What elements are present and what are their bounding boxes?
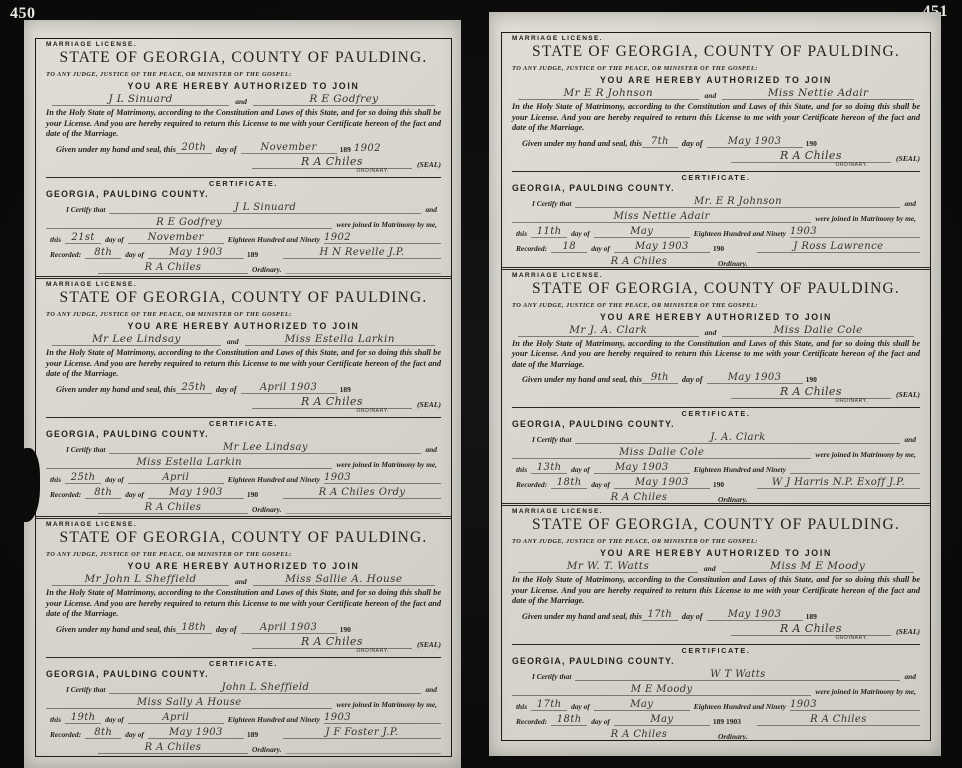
- groom-name-handwritten: Mr J. A. Clark: [518, 324, 699, 337]
- ordinary-row: R A Chiles Ordinary.: [512, 729, 920, 740]
- eighteen-hundred-label: Eighteen Hundred and Ninety: [690, 229, 790, 238]
- recorded-row: Recorded: 8th day of May 1903 190 R A Ch…: [46, 487, 441, 499]
- marriage-license-label: MARRIAGE LICENSE.: [46, 41, 441, 48]
- given-prefix: Given under my hand and seal, this: [56, 625, 176, 634]
- cert-bride-handwritten: Miss Estella Larkin: [46, 457, 332, 469]
- and-label: and: [900, 672, 920, 681]
- day-of-label: day of: [212, 625, 241, 634]
- recorded-label: Recorded:: [46, 730, 85, 739]
- license-day-handwritten: 9th: [642, 372, 678, 384]
- joined-suffix: were joined in Matrimony by me,: [811, 214, 920, 223]
- ordinary-signature-handwritten: R A Chiles: [564, 256, 714, 267]
- recorded-month-handwritten: May 1903: [614, 477, 710, 489]
- marriage-day-handwritten: 21st: [65, 232, 101, 244]
- marriage-day-handwritten: 19th: [65, 712, 101, 724]
- bride-name-handwritten: Miss Estella Larkin: [245, 333, 435, 346]
- eighteen-hundred-label: Eighteen Hundred and Ninety: [224, 715, 324, 724]
- ordinary-row: R A Chiles Ordinary.: [512, 256, 920, 267]
- eighteen-hundred-label: Eighteen Hundred and Ninety: [224, 235, 324, 244]
- license-day-handwritten: 20th: [176, 142, 212, 154]
- day-of-label: day of: [587, 244, 614, 253]
- marriage-record: MARRIAGE LICENSE. STATE OF GEORGIA, COUN…: [36, 39, 451, 276]
- given-prefix: Given under my hand and seal, this: [56, 145, 176, 154]
- printed-year-prefix: 190: [806, 139, 817, 148]
- joined-suffix: were joined in Matrimony by me,: [332, 700, 441, 709]
- license-body-paragraph: In the Holy State of Matrimony, accordin…: [46, 588, 441, 620]
- bride-name-handwritten: Miss Nettie Adair: [722, 87, 914, 100]
- marriage-month-handwritten: April: [128, 472, 224, 484]
- cert-groom-handwritten: J. A. Clark: [575, 432, 900, 444]
- marriage-day-handwritten: 25th: [65, 472, 101, 484]
- marriage-record: MARRIAGE LICENSE. STATE OF GEORGIA, COUN…: [36, 276, 451, 516]
- recorded-month-handwritten: May 1903: [148, 727, 244, 739]
- ordinary-small-label: ORDINARY.: [46, 649, 389, 654]
- certificate-heading: CERTIFICATE.: [512, 173, 920, 182]
- this-label: this: [512, 229, 531, 238]
- marriage-month-handwritten: April: [128, 712, 224, 724]
- cert-bride-handwritten: Miss Dalie Cole: [512, 447, 811, 459]
- cert-groom-handwritten: Mr. E R Johnson: [575, 196, 900, 208]
- given-under-hand-row: Given under my hand and seal, this 9th d…: [512, 372, 920, 384]
- bride-name-handwritten: Miss Dalie Cole: [722, 324, 914, 337]
- recorded-month-handwritten: May 1903: [614, 241, 710, 253]
- cert-groom-handwritten: Mr Lee Lindsay: [109, 442, 421, 454]
- marriage-month-handwritten: May 1903: [594, 462, 690, 474]
- ordinary-signature-handwritten: R A Chiles: [252, 155, 412, 169]
- recorded-printed-year: 189: [247, 730, 258, 739]
- certify-prefix: I Certify that: [528, 672, 575, 681]
- certify-bride-row: Miss Nettie Adair were joined in Matrimo…: [512, 211, 920, 223]
- seal-label: (SEAL): [896, 627, 920, 636]
- and-label: and: [705, 91, 717, 100]
- recorded-label: Recorded:: [512, 244, 551, 253]
- ordinary-label: Ordinary.: [714, 259, 752, 267]
- groom-name-handwritten: J L Sinuard: [52, 93, 229, 106]
- day-of-label: day of: [121, 730, 148, 739]
- scan-background: 450 451 MARRIAGE LICENSE. STATE OF GEORG…: [0, 0, 962, 768]
- ordinary-signature-handwritten: R A Chiles: [731, 622, 891, 636]
- book-page-right: MARRIAGE LICENSE. STATE OF GEORGIA, COUN…: [489, 12, 941, 756]
- certify-groom-row: I Certify that Mr Lee Lindsay and: [62, 442, 441, 454]
- license-month-handwritten: November: [241, 142, 337, 154]
- license-day-handwritten: 7th: [642, 136, 678, 148]
- ordinary-signature-row: R A Chiles (SEAL): [512, 385, 920, 399]
- marriage-date-row: this 17th day of May Eighteen Hundred an…: [512, 699, 920, 711]
- recorded-printed-year: 189: [247, 250, 258, 259]
- printed-year-prefix: 189: [340, 385, 351, 394]
- certificate-section: CERTIFICATE. GEORGIA, PAULDING COUNTY. I…: [512, 644, 920, 740]
- recorded-day-handwritten: 18th: [551, 477, 587, 489]
- ordinary-signature-row: R A Chiles (SEAL): [512, 622, 920, 636]
- and-label: and: [227, 337, 239, 346]
- license-body-paragraph: In the Holy State of Matrimony, accordin…: [512, 102, 920, 134]
- day-of-label: day of: [567, 702, 594, 711]
- given-under-hand-row: Given under my hand and seal, this 17th …: [512, 609, 920, 621]
- certify-groom-row: I Certify that J L Sinuard and: [62, 202, 441, 214]
- joined-suffix: were joined in Matrimony by me,: [811, 450, 920, 459]
- seal-label: (SEAL): [417, 160, 441, 169]
- authorized-line: YOU ARE HEREBY AUTHORIZED TO JOIN: [46, 81, 441, 91]
- officiant-signature-handwritten: H N Revelle J.P.: [283, 247, 441, 259]
- recorded-label: Recorded:: [512, 717, 551, 726]
- marriage-day-handwritten: 13th: [531, 462, 567, 474]
- certificate-heading: CERTIFICATE.: [46, 419, 441, 428]
- recorded-label: Recorded:: [46, 490, 85, 499]
- trailing-rule: [286, 753, 442, 754]
- joined-suffix: were joined in Matrimony by me,: [332, 460, 441, 469]
- marriage-year-handwritten: 1903: [790, 699, 920, 711]
- ordinary-signature-handwritten: R A Chiles: [98, 742, 248, 754]
- marriage-month-handwritten: November: [128, 232, 224, 244]
- marriage-year-handwritten: [790, 473, 920, 474]
- recorded-month-handwritten: May: [614, 714, 710, 726]
- names-row: Mr John L Sheffield and Miss Sallie A. H…: [46, 573, 441, 586]
- county-heading: GEORGIA, PAULDING COUNTY.: [46, 189, 441, 199]
- this-label: this: [46, 475, 65, 484]
- day-of-label: day of: [678, 139, 707, 148]
- cert-bride-handwritten: M E Moody: [512, 684, 811, 696]
- recorded-row: Recorded: 18th day of May 189 1903 R A C…: [512, 714, 920, 726]
- seal-label: (SEAL): [417, 640, 441, 649]
- joined-suffix: were joined in Matrimony by me,: [332, 220, 441, 229]
- ordinary-label: Ordinary.: [714, 732, 752, 740]
- day-of-label: day of: [567, 229, 594, 238]
- day-of-label: day of: [101, 715, 128, 724]
- bride-name-handwritten: Miss M E Moody: [722, 560, 914, 573]
- authorized-line: YOU ARE HEREBY AUTHORIZED TO JOIN: [512, 548, 920, 558]
- certify-bride-row: M E Moody were joined in Matrimony by me…: [512, 684, 920, 696]
- groom-name-handwritten: Mr W. T. Watts: [518, 560, 698, 573]
- marriage-record: MARRIAGE LICENSE. STATE OF GEORGIA, COUN…: [36, 516, 451, 756]
- and-label: and: [705, 328, 717, 337]
- license-body-paragraph: In the Holy State of Matrimony, accordin…: [512, 339, 920, 371]
- license-body-paragraph: In the Holy State of Matrimony, accordin…: [512, 575, 920, 607]
- recorded-day-handwritten: 8th: [85, 487, 121, 499]
- certificate-heading: CERTIFICATE.: [512, 646, 920, 655]
- ordinary-small-label: ORDINARY.: [46, 169, 389, 174]
- license-year-handwritten: 1902: [354, 143, 381, 154]
- ordinary-signature-handwritten: R A Chiles: [98, 262, 248, 274]
- ordinary-signature-row: R A Chiles (SEAL): [46, 155, 441, 169]
- license-title: STATE OF GEORGIA, COUNTY OF PAULDING.: [46, 289, 441, 307]
- given-prefix: Given under my hand and seal, this: [522, 375, 642, 384]
- marriage-license-label: MARRIAGE LICENSE.: [46, 281, 441, 288]
- marriage-record: MARRIAGE LICENSE. STATE OF GEORGIA, COUN…: [502, 33, 930, 267]
- ordinary-label: Ordinary.: [248, 505, 286, 514]
- authorized-line: YOU ARE HEREBY AUTHORIZED TO JOIN: [512, 75, 920, 85]
- and-label: and: [704, 564, 716, 573]
- cert-groom-handwritten: J L Sinuard: [109, 202, 421, 214]
- license-day-handwritten: 18th: [176, 622, 212, 634]
- license-body-paragraph: In the Holy State of Matrimony, accordin…: [46, 108, 441, 140]
- officiant-signature-handwritten: W J Harris N.P. Exoff J.P.: [757, 477, 920, 489]
- ordinary-small-label: ORDINARY.: [46, 409, 389, 414]
- eighteen-hundred-label: Eighteen Hundred and Ninety: [224, 475, 324, 484]
- cert-groom-handwritten: W T Watts: [575, 669, 900, 681]
- ordinary-signature-handwritten: R A Chiles: [564, 492, 714, 503]
- given-under-hand-row: Given under my hand and seal, this 7th d…: [512, 136, 920, 148]
- certificate-section: CERTIFICATE. GEORGIA, PAULDING COUNTY. I…: [46, 657, 441, 754]
- day-of-label: day of: [101, 235, 128, 244]
- ordinary-signature-row: R A Chiles (SEAL): [46, 395, 441, 409]
- authorized-line: YOU ARE HEREBY AUTHORIZED TO JOIN: [46, 561, 441, 571]
- to-any-judge-line: TO ANY JUDGE, JUSTICE OF THE PEACE, OR M…: [46, 311, 441, 318]
- cert-bride-handwritten: R E Godfrey: [46, 217, 332, 229]
- trailing-rule: [286, 273, 442, 274]
- certificate-heading: CERTIFICATE.: [46, 179, 441, 188]
- this-label: this: [512, 702, 531, 711]
- certify-groom-row: I Certify that J. A. Clark and: [528, 432, 920, 444]
- ordinary-label: Ordinary.: [248, 745, 286, 754]
- day-of-label: day of: [587, 717, 614, 726]
- and-label: and: [900, 435, 920, 444]
- license-title: STATE OF GEORGIA, COUNTY OF PAULDING.: [46, 529, 441, 547]
- license-title: STATE OF GEORGIA, COUNTY OF PAULDING.: [512, 516, 920, 534]
- names-row: Mr Lee Lindsay and Miss Estella Larkin: [46, 333, 441, 346]
- given-under-hand-row: Given under my hand and seal, this 20th …: [46, 142, 441, 154]
- ordinary-small-label: ORDINARY.: [512, 636, 868, 641]
- certificate-section: CERTIFICATE. GEORGIA, PAULDING COUNTY. I…: [46, 417, 441, 514]
- marriage-record: MARRIAGE LICENSE. STATE OF GEORGIA, COUN…: [502, 267, 930, 504]
- recorded-printed-year: 190: [713, 244, 724, 253]
- officiant-signature-handwritten: J F Foster J.P.: [283, 727, 441, 739]
- form-box-left: MARRIAGE LICENSE. STATE OF GEORGIA, COUN…: [35, 38, 452, 757]
- this-label: this: [46, 235, 65, 244]
- ordinary-row: R A Chiles Ordinary.: [46, 262, 441, 274]
- bride-name-handwritten: Miss Sallie A. House: [253, 573, 435, 586]
- marriage-month-handwritten: May: [594, 226, 690, 238]
- certificate-heading: CERTIFICATE.: [46, 659, 441, 668]
- marriage-license-label: MARRIAGE LICENSE.: [512, 35, 920, 42]
- license-title: STATE OF GEORGIA, COUNTY OF PAULDING.: [46, 49, 441, 67]
- county-heading: GEORGIA, PAULDING COUNTY.: [512, 419, 920, 429]
- recorded-day-handwritten: 18: [551, 241, 587, 253]
- day-of-label: day of: [678, 375, 707, 384]
- authorized-line: YOU ARE HEREBY AUTHORIZED TO JOIN: [46, 321, 441, 331]
- recorded-day-handwritten: 8th: [85, 727, 121, 739]
- marriage-year-handwritten: 1903: [324, 712, 441, 724]
- marriage-date-row: this 25th day of April Eighteen Hundred …: [46, 472, 441, 484]
- marriage-date-row: this 19th day of April Eighteen Hundred …: [46, 712, 441, 724]
- to-any-judge-line: TO ANY JUDGE, JUSTICE OF THE PEACE, OR M…: [512, 302, 920, 309]
- to-any-judge-line: TO ANY JUDGE, JUSTICE OF THE PEACE, OR M…: [46, 551, 441, 558]
- groom-name-handwritten: Mr Lee Lindsay: [52, 333, 221, 346]
- ordinary-label: Ordinary.: [714, 495, 752, 503]
- ordinary-signature-row: R A Chiles (SEAL): [512, 149, 920, 163]
- recorded-row: Recorded: 8th day of May 1903 189 J F Fo…: [46, 727, 441, 739]
- marriage-license-label: MARRIAGE LICENSE.: [512, 508, 920, 515]
- recorded-label: Recorded:: [512, 480, 551, 489]
- recorded-month-handwritten: May 1903: [148, 487, 244, 499]
- to-any-judge-line: TO ANY JUDGE, JUSTICE OF THE PEACE, OR M…: [512, 65, 920, 72]
- license-month-handwritten: April 1903: [241, 382, 337, 394]
- license-title: STATE OF GEORGIA, COUNTY OF PAULDING.: [512, 43, 920, 61]
- recorded-row: Recorded: 18 day of May 1903 190 J Ross …: [512, 241, 920, 253]
- county-heading: GEORGIA, PAULDING COUNTY.: [46, 669, 441, 679]
- certify-bride-row: Miss Sally A House were joined in Matrim…: [46, 697, 441, 709]
- ordinary-signature-handwritten: R A Chiles: [252, 635, 412, 649]
- printed-year-prefix: 190: [340, 625, 351, 634]
- seal-label: (SEAL): [896, 154, 920, 163]
- certify-groom-row: I Certify that John L Sheffield and: [62, 682, 441, 694]
- ordinary-signature-handwritten: R A Chiles: [252, 395, 412, 409]
- binding-clip-shadow: [10, 448, 40, 522]
- certificate-section: CERTIFICATE. GEORGIA, PAULDING COUNTY. I…: [512, 171, 920, 267]
- names-row: Mr E R Johnson and Miss Nettie Adair: [512, 87, 920, 100]
- marriage-year-handwritten: 1902: [324, 232, 441, 244]
- certify-prefix: I Certify that: [62, 205, 109, 214]
- and-label: and: [421, 445, 441, 454]
- certify-groom-row: I Certify that W T Watts and: [528, 669, 920, 681]
- given-under-hand-row: Given under my hand and seal, this 18th …: [46, 622, 441, 634]
- given-prefix: Given under my hand and seal, this: [522, 139, 642, 148]
- day-of-label: day of: [101, 475, 128, 484]
- given-under-hand-row: Given under my hand and seal, this 25th …: [46, 382, 441, 394]
- and-label: and: [235, 97, 247, 106]
- marriage-date-row: this 13th day of May 1903 Eighteen Hundr…: [512, 462, 920, 474]
- recorded-row: Recorded: 8th day of May 1903 189 H N Re…: [46, 247, 441, 259]
- recorded-day-handwritten: 8th: [85, 247, 121, 259]
- printed-year-prefix: 190: [806, 375, 817, 384]
- ordinary-signature-handwritten: R A Chiles: [98, 502, 248, 514]
- certificate-section: CERTIFICATE. GEORGIA, PAULDING COUNTY. I…: [46, 177, 441, 274]
- marriage-year-handwritten: 1903: [790, 226, 920, 238]
- license-month-handwritten: May 1903: [707, 609, 803, 621]
- certify-prefix: I Certify that: [528, 435, 575, 444]
- certify-prefix: I Certify that: [528, 199, 575, 208]
- printed-year-prefix: 189: [806, 612, 817, 621]
- to-any-judge-line: TO ANY JUDGE, JUSTICE OF THE PEACE, OR M…: [46, 71, 441, 78]
- marriage-date-row: this 21st day of November Eighteen Hundr…: [46, 232, 441, 244]
- this-label: this: [512, 465, 531, 474]
- day-of-label: day of: [121, 250, 148, 259]
- cert-groom-handwritten: John L Sheffield: [109, 682, 421, 694]
- county-heading: GEORGIA, PAULDING COUNTY.: [512, 183, 920, 193]
- marriage-license-label: MARRIAGE LICENSE.: [512, 272, 920, 279]
- to-any-judge-line: TO ANY JUDGE, JUSTICE OF THE PEACE, OR M…: [512, 538, 920, 545]
- recorded-month-handwritten: May 1903: [148, 247, 244, 259]
- names-row: Mr W. T. Watts and Miss M E Moody: [512, 560, 920, 573]
- license-month-handwritten: April 1903: [241, 622, 337, 634]
- cert-bride-handwritten: Miss Nettie Adair: [512, 211, 811, 223]
- recorded-label: Recorded:: [46, 250, 85, 259]
- eighteen-hundred-label: Eighteen Hundred and Ninety: [690, 702, 790, 711]
- and-label: and: [900, 199, 920, 208]
- recorded-printed-year: 189 1903: [713, 717, 741, 726]
- day-of-label: day of: [567, 465, 594, 474]
- license-body-paragraph: In the Holy State of Matrimony, accordin…: [46, 348, 441, 380]
- groom-name-handwritten: Mr John L Sheffield: [52, 573, 229, 586]
- cert-bride-handwritten: Miss Sally A House: [46, 697, 332, 709]
- seal-label: (SEAL): [417, 400, 441, 409]
- certify-prefix: I Certify that: [62, 445, 109, 454]
- ordinary-small-label: ORDINARY.: [512, 399, 868, 404]
- names-row: Mr J. A. Clark and Miss Dalie Cole: [512, 324, 920, 337]
- day-of-label: day of: [678, 612, 707, 621]
- day-of-label: day of: [212, 385, 241, 394]
- recorded-day-handwritten: 18th: [551, 714, 587, 726]
- given-prefix: Given under my hand and seal, this: [56, 385, 176, 394]
- this-label: this: [46, 715, 65, 724]
- authorized-line: YOU ARE HEREBY AUTHORIZED TO JOIN: [512, 312, 920, 322]
- county-heading: GEORGIA, PAULDING COUNTY.: [46, 429, 441, 439]
- marriage-license-label: MARRIAGE LICENSE.: [46, 521, 441, 528]
- joined-suffix: were joined in Matrimony by me,: [811, 687, 920, 696]
- book-page-left: MARRIAGE LICENSE. STATE OF GEORGIA, COUN…: [24, 20, 461, 768]
- recorded-printed-year: 190: [713, 480, 724, 489]
- marriage-year-handwritten: 1903: [324, 472, 441, 484]
- certify-bride-row: Miss Dalie Cole were joined in Matrimony…: [512, 447, 920, 459]
- certify-bride-row: Miss Estella Larkin were joined in Matri…: [46, 457, 441, 469]
- marriage-month-handwritten: May: [594, 699, 690, 711]
- ordinary-row: R A Chiles Ordinary.: [46, 742, 441, 754]
- ordinary-signature-handwritten: R A Chiles: [564, 729, 714, 740]
- day-of-label: day of: [121, 490, 148, 499]
- recorded-row: Recorded: 18th day of May 1903 190 W J H…: [512, 477, 920, 489]
- ordinary-small-label: ORDINARY.: [512, 163, 868, 168]
- license-day-handwritten: 17th: [642, 609, 678, 621]
- license-title: STATE OF GEORGIA, COUNTY OF PAULDING.: [512, 280, 920, 298]
- officiant-signature-handwritten: J Ross Lawrence: [757, 241, 920, 253]
- groom-name-handwritten: Mr E R Johnson: [518, 87, 699, 100]
- license-day-handwritten: 25th: [176, 382, 212, 394]
- ordinary-signature-handwritten: R A Chiles: [731, 385, 891, 399]
- recorded-printed-year: 190: [247, 490, 258, 499]
- trailing-rule: [286, 513, 442, 514]
- certify-bride-row: R E Godfrey were joined in Matrimony by …: [46, 217, 441, 229]
- ordinary-label: Ordinary.: [248, 265, 286, 274]
- marriage-day-handwritten: 11th: [531, 226, 567, 238]
- day-of-label: day of: [587, 480, 614, 489]
- form-box-right: MARRIAGE LICENSE. STATE OF GEORGIA, COUN…: [501, 32, 931, 741]
- ordinary-signature-handwritten: R A Chiles: [731, 149, 891, 163]
- officiant-signature-handwritten: R A Chiles Ordy: [283, 487, 441, 499]
- and-label: and: [421, 685, 441, 694]
- marriage-date-row: this 11th day of May Eighteen Hundred an…: [512, 226, 920, 238]
- and-label: and: [235, 577, 247, 586]
- license-month-handwritten: May 1903: [707, 136, 803, 148]
- county-heading: GEORGIA, PAULDING COUNTY.: [512, 656, 920, 666]
- ordinary-row: R A Chiles Ordinary.: [46, 502, 441, 514]
- certificate-section: CERTIFICATE. GEORGIA, PAULDING COUNTY. I…: [512, 407, 920, 503]
- and-label: and: [421, 205, 441, 214]
- marriage-day-handwritten: 17th: [531, 699, 567, 711]
- bride-name-handwritten: R E Godfrey: [253, 93, 435, 106]
- seal-label: (SEAL): [896, 390, 920, 399]
- ordinary-row: R A Chiles Ordinary.: [512, 492, 920, 503]
- officiant-signature-handwritten: R A Chiles: [757, 714, 920, 726]
- eighteen-hundred-label: Eighteen Hundred and Ninety: [690, 465, 790, 474]
- certify-groom-row: I Certify that Mr. E R Johnson and: [528, 196, 920, 208]
- certify-prefix: I Certify that: [62, 685, 109, 694]
- license-month-handwritten: May 1903: [707, 372, 803, 384]
- day-of-label: day of: [212, 145, 241, 154]
- names-row: J L Sinuard and R E Godfrey: [46, 93, 441, 106]
- certificate-heading: CERTIFICATE.: [512, 409, 920, 418]
- given-prefix: Given under my hand and seal, this: [522, 612, 642, 621]
- printed-year-prefix: 189: [340, 145, 351, 154]
- ordinary-signature-row: R A Chiles (SEAL): [46, 635, 441, 649]
- marriage-record: MARRIAGE LICENSE. STATE OF GEORGIA, COUN…: [502, 503, 930, 740]
